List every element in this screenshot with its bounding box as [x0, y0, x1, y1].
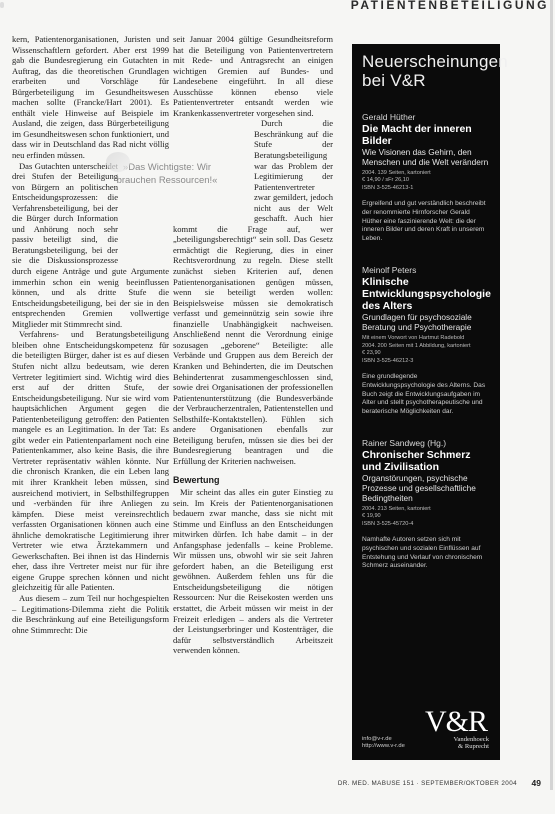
paragraph: Mir scheint das alles ein guter Einstieg… — [173, 487, 333, 656]
book-meta: 2004. 213 Seiten, kartoniert € 19,90 ISB… — [362, 506, 491, 529]
book-entry: Gerald Hüther Die Macht der inneren Bild… — [362, 112, 491, 243]
website-link[interactable]: http://www.v-r.de — [362, 743, 405, 750]
book-title: Klinische Entwicklungspsychologie des Al… — [362, 276, 491, 312]
book-subtitle: Organstörungen, psychische Prozesse und … — [362, 474, 491, 503]
page-edge-rule — [550, 0, 553, 790]
book-title: Die Macht der inneren Bilder — [362, 123, 491, 147]
book-author: Rainer Sandweg (Hg.) — [362, 438, 491, 448]
book-description: Namhafte Autoren setzen sich mit psychis… — [362, 536, 491, 570]
book-entry: Rainer Sandweg (Hg.) Chronischer Schmerz… — [362, 438, 491, 571]
book-title: Chronischer Schmerz und Zivilisation — [362, 449, 491, 473]
paragraph: kern, Patientenorganisationen, Juristen … — [12, 34, 169, 161]
publisher-ad-sidebar: Neuerscheinungen bei V&R Gerald Hüther D… — [352, 44, 500, 760]
page-footer: DR. MED. MABUSE 151 · SEPTEMBER/OKTOBER … — [338, 780, 517, 787]
quote-mark-icon — [106, 152, 130, 172]
publisher-logo: V&R — [425, 708, 487, 736]
book-subtitle: Wie Visionen das Gehirn, den Menschen un… — [362, 148, 491, 168]
email-link[interactable]: info@v-r.de — [362, 736, 405, 743]
book-description: Eine grundlegende Entwicklungspsychologi… — [362, 373, 491, 416]
book-meta: 2004. 139 Seiten, kartoniert € 14,90 / s… — [362, 170, 491, 193]
book-entry: Meinolf Peters Klinische Entwicklungspsy… — [362, 265, 491, 416]
article-column-middle: seit Januar 2004 gültige Gesundheitsrefo… — [173, 34, 333, 656]
section-heading: Bewertung — [173, 475, 333, 486]
paragraph: Verfahrens- und Beratungsbeteiligung ble… — [12, 329, 169, 593]
publisher-contact: info@v-r.de http://www.v-r.de — [362, 736, 405, 750]
running-head: PATIENTENBETEILIGUNG — [351, 0, 549, 14]
paragraph: Aus diesem – zum Teil nur hochgespielten… — [12, 593, 169, 635]
book-description: Ergreifend und gut verständlich beschrei… — [362, 200, 491, 243]
page-number: 49 — [532, 778, 541, 788]
article-column-left: kern, Patientenorganisationen, Juristen … — [12, 34, 169, 635]
book-author: Gerald Hüther — [362, 112, 491, 122]
publisher-name: Vandenhoeck & Ruprecht — [453, 736, 489, 750]
book-author: Meinolf Peters — [362, 265, 491, 275]
book-subtitle: Grundlagen für psychosoziale Beratung un… — [362, 313, 491, 333]
pull-quote: »Das Wichtigste: Wir brauchen Ressourcen… — [112, 162, 222, 187]
sidebar-footer: info@v-r.de http://www.v-r.de V&R Vanden… — [362, 704, 491, 750]
paragraph: seit Januar 2004 gültige Gesundheitsrefo… — [173, 34, 333, 118]
sidebar-title: Neuerscheinungen bei V&R — [362, 52, 491, 90]
book-meta: Mit einem Vorwort von Hartmut Radebold 2… — [362, 335, 491, 365]
scan-mark — [0, 2, 4, 8]
